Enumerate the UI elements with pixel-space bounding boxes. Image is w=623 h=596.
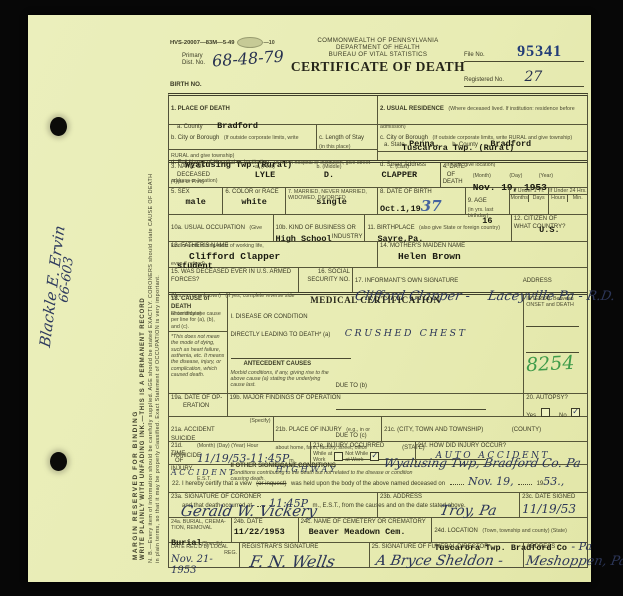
injury-time-label-2: OF (175, 458, 197, 466)
date-received-value: Nov. 21-1953 (171, 554, 237, 576)
section-cause-of-death: 18. CAUSE of DEATH Enter only one cause … (169, 295, 228, 393)
row-parents: 13. FATHER'S NAME Clifford Clapper 14. M… (169, 242, 587, 268)
certificate-paper: Blackle E. Ervin 66-603 MARGIN RESERVED … (28, 15, 591, 582)
section-citizen: 12. CITIZEN OF WHAT COUNTRY? U.S. (512, 215, 587, 241)
section-date-received: DATE REC'D by LOCAL REG. Nov. 21-1953 (169, 543, 240, 567)
section-age: 9. AGE (in yrs. last birthday) 16 If Und… (466, 188, 587, 214)
accident-label-1: 21a. ACCIDENT (171, 427, 215, 433)
section-sex: 5. SEX male (169, 188, 223, 214)
hours-label: Hours (549, 195, 569, 201)
punch-hole-top (50, 117, 67, 136)
while-at-work-checkbox (334, 452, 343, 461)
under-24hr-label: If Under 24 Hrs. (549, 188, 587, 195)
row-accident: 21a. ACCIDENT (Specify) SUICIDE HOMICIDE… (169, 417, 587, 442)
injury-time-sublabels: (Month) (Day) (Year) Hour (197, 443, 308, 449)
oval-stamp-icon (237, 37, 263, 48)
section-date-of-death: 4. DATE OF DEATH (Month) (Day) (Year) No… (441, 163, 587, 187)
agency-line1: COMMONWEALTH OF PENNSYLVANIA (283, 37, 473, 44)
section-color-race: 6. COLOR or RACE white (223, 188, 286, 214)
not-while-at-work-label: Not Whileat Work (345, 451, 368, 464)
operation-findings-label: 19b. MAJOR FINDINGS OF OPERATION (230, 395, 522, 403)
row-name-dod: 3. NAME OF DECEASED (Type or Print) a. (… (169, 163, 587, 188)
row-place-residence: 1. PLACE OF DEATH a. County Bradford b. … (169, 96, 587, 163)
section-birthplace: 11. BIRTHPLACE (also give State or forei… (365, 215, 511, 241)
section-name-of-deceased: 3. NAME OF DECEASED (Type or Print) a. (… (169, 163, 441, 187)
name-label-1: 3. NAME OF (171, 164, 233, 172)
section-occupation: 10a. USUAL OCCUPATION (Give kind of work… (169, 215, 274, 241)
autopsy-yes-checkbox (541, 408, 550, 417)
cause-of-death-note: Enter only one cause per line for (a), (… (171, 311, 225, 330)
autopsy-label: 20. AUTOPSY? (526, 395, 585, 403)
section-injury-occurred: 21e. INJURY OCCURRED While atWork Not Wh… (311, 442, 416, 464)
primary-district-label: Primary Dist. No. (182, 53, 208, 68)
section-cemetery: 24c. NAME OF CEMETERY OR CREMATORY Beave… (299, 518, 433, 542)
section-mother: 14. MOTHER'S MAIDEN NAME Helen Brown (378, 242, 587, 267)
section-place-of-death: 1. PLACE OF DEATH a. County Bradford b. … (169, 96, 378, 160)
informant-address-label: ADDRESS (523, 278, 552, 284)
middle-name-value: D. (297, 170, 361, 180)
section-accident-type: 21a. ACCIDENT (Specify) SUICIDE HOMICIDE… (169, 417, 274, 441)
margin-note-permanent-record: WRITE PLAINLY WITH UNFADING INK.—THIS IS… (140, 297, 146, 560)
how-injury-value: Auto Accident (436, 451, 585, 461)
mother-label: 14. MOTHER'S MAIDEN NAME (380, 243, 585, 251)
row-demographics: 5. SEX male 6. COLOR or RACE white 7. MA… (169, 188, 587, 215)
while-at-work-1: While at (313, 451, 332, 457)
burial-label-2: TION, REMOVAL (171, 525, 229, 531)
while-at-work-label: While atWork (313, 451, 332, 464)
funeral-director-address-value: Meshoppen, Pa (525, 554, 623, 569)
registered-no-value: 27 (524, 69, 542, 85)
burial-date-value: 11/22/1953 (234, 527, 296, 537)
date-signed-label: 23c. DATE SIGNED (522, 494, 585, 502)
dod-label-1: 4. DATE (443, 164, 473, 172)
registered-number-row: Registered No. 27 (464, 68, 584, 87)
section-industry: 10b. KIND OF BUSINESS OR INDUSTRY High S… (274, 215, 366, 241)
margin-note-nb-1: N. B.—Every item of information should b… (148, 174, 154, 563)
cemetery-label: 24c. NAME OF CEMETERY OR CREMATORY (301, 519, 430, 527)
margin-note-binding: MARGIN RESERVED FOR BINDING (132, 410, 139, 560)
row-injury-time: 21d. TIME OF INJURY (Month) (Day) (Year)… (169, 442, 587, 465)
dod-month-label: (Month) (473, 173, 491, 179)
father-value: Clifford Clapper (189, 251, 375, 262)
length-of-stay-note: (in this place) (319, 144, 375, 150)
row-medical-certification: 18. CAUSE of DEATH Enter only one cause … (169, 295, 587, 394)
color-race-label: 6. COLOR or RACE (225, 189, 283, 197)
section-armed-forces: 15. WAS DECEASED EVER IN U.S. ARMED FORC… (169, 268, 299, 292)
medical-certification-title: MEDICAL CERTIFICATION (228, 295, 524, 305)
section-time-of-injury: 21d. TIME OF INJURY (Month) (Day) (Year)… (169, 442, 311, 464)
date-signed-value: 11/19/53 (522, 502, 585, 516)
citizen-label-1: 12. CITIZEN OF (514, 216, 585, 224)
stamp-suffix: —10 (263, 40, 274, 46)
registrar-signature-label: REGISTRAR'S SIGNATURE (242, 544, 367, 552)
green-code-number: 8254 (526, 351, 575, 376)
industry-label-2: INDUSTRY (332, 234, 363, 242)
section-funeral-director-address: ADDRESS Meshoppen, Pa (524, 543, 587, 567)
section-how-injury: 21f. HOW DID INJURY OCCUR? Auto Accident (416, 442, 587, 464)
length-of-stay-label: c. Length of Stay (319, 135, 364, 141)
birthplace-label: 11. BIRTHPLACE (367, 225, 414, 231)
section-injury-location: 21c. (CITY, TOWN AND TOWNSHIP) (COUNTY) … (382, 417, 587, 441)
burial-location-note: (Town, township and county) (State) (482, 528, 567, 534)
injury-time-label-1: 21d. TIME (171, 443, 197, 458)
due-to-b-label: DUE TO (b) (336, 383, 367, 389)
funeral-director-signature: A Bryce Sheldon - (374, 553, 504, 569)
section-registrar-signature: REGISTRAR'S SIGNATURE F. N. Wells (240, 543, 370, 567)
section-burial-date: 24b. DATE 11/22/1953 (232, 518, 299, 542)
section-medical-certification: MEDICAL CERTIFICATION I. DISEASE OR COND… (228, 295, 525, 393)
agency-line3: BUREAU OF VITAL STATISTICS (283, 51, 473, 58)
section-operation-findings: 19b. MAJOR FINDINGS OF OPERATION (228, 394, 525, 416)
section-coroner-address: 23b. ADDRESS Troy, Pa (378, 493, 520, 517)
registered-no-label: Registered No. (464, 77, 504, 83)
form-number: HVS-20007—83M—5-49—10 (170, 37, 275, 48)
primary-district-value: 68-48-79 (211, 47, 284, 71)
injury-city-label: 21c. (CITY, TOWN AND TOWNSHIP) (384, 427, 483, 433)
residence-title: 2. USUAL RESIDENCE (380, 106, 444, 112)
form-grid: 1. PLACE OF DEATH a. County Bradford b. … (168, 93, 588, 568)
operation-date-label-2: ERATION (183, 403, 225, 411)
while-at-work-2: Work (313, 457, 325, 463)
section-coroner-signature: 23a. SIGNATURE OF CORONER Gerald W. Vick… (169, 493, 378, 517)
coroner-address-value: Troy, Pa (439, 503, 498, 519)
place-of-death-title: 1. PLACE OF DEATH (171, 106, 230, 112)
injury-county-label: (COUNTY) (512, 427, 541, 433)
form-header: HVS-20007—83M—5-49—10 Primary Dist. No.6… (168, 35, 588, 93)
section-burial-type: 24a. BURIAL, CREMA- TION, REMOVAL Burial… (169, 518, 232, 542)
section-father: 13. FATHER'S NAME Clifford Clapper (169, 242, 378, 267)
section-date-of-operation: 19a. DATE OF OP- ERATION (169, 394, 228, 416)
cause-of-death-label: 18. CAUSE of DEATH (171, 296, 225, 311)
section-burial-location: 24d. LOCATION (Town, township and county… (432, 518, 587, 542)
dod-day-label: (Day) (509, 173, 522, 179)
file-number-block: File No. 95341 Registered No. 27 (464, 43, 584, 87)
agency-line2: DEPARTMENT OF HEALTH (283, 44, 473, 51)
sex-value: male (171, 197, 220, 207)
first-name-value: LYLE (233, 170, 297, 180)
residence-city-label: c. City or Borough (380, 135, 428, 141)
not-while-1: Not While (345, 451, 368, 457)
file-no-value: 95341 (517, 43, 562, 60)
file-no-label: File No. (464, 52, 485, 58)
row-occupation: 10a. USUAL OCCUPATION (Give kind of work… (169, 215, 587, 242)
residence-city-note: (If outside corporate limits, write RURA… (432, 135, 572, 141)
not-while-2: at Work (345, 457, 363, 463)
dod-label-2: OF (447, 172, 473, 180)
coroner-signature-value: Gerald W. Vickery (179, 502, 318, 520)
punch-hole-bottom (50, 452, 67, 471)
operation-date-label-1: 19a. DATE OF OP- (171, 395, 225, 403)
color-race-value: white (225, 197, 283, 207)
sex-label: 5. SEX (171, 189, 220, 197)
name-label-3: (Type or Print) (171, 179, 233, 185)
certificate-title: CERTIFICATE OF DEATH (283, 59, 473, 75)
section-dob: 8. DATE OF BIRTH Oct.1,1937 (378, 188, 466, 214)
ssn-label: 16. SOCIAL SECURITY NO. (301, 269, 350, 284)
section-marital: 7. MARRIED, NEVER MARRIED, WIDOWED, DIVO… (286, 188, 378, 214)
margin-note-nb-2: in plain terms, so that it may be proper… (155, 275, 161, 563)
interval-label-2: ONSET and DEATH (526, 302, 585, 308)
row-informant: 15. WAS DECEASED EVER IN U.S. ARMED FORC… (169, 268, 587, 295)
burial-location-label: 24d. LOCATION (434, 528, 478, 534)
section-interval: INTERVAL Between ONSET and DEATH 8254 (524, 295, 587, 393)
last-name-value: CLAPPER (361, 170, 438, 180)
disease-blank (231, 349, 351, 359)
injury-time-label-3: INJURY (171, 466, 197, 474)
row-burial: 24a. BURIAL, CREMA- TION, REMOVAL Burial… (169, 518, 587, 543)
birth-no-label: BIRTH NO. (170, 81, 202, 88)
cemetery-value: Beaver Meadown Cem. (309, 527, 430, 537)
cause-of-death-footnote: *This does not mean the mode of dying, s… (169, 332, 227, 380)
dod-sublabels: (Month) (Day) (Year) (473, 164, 585, 182)
interval-blank-a (526, 317, 579, 327)
place-city-label: b. City or Borough (171, 135, 219, 141)
funeral-director-label: 25. SIGNATURE OF FUNERAL DIRECTOR (372, 544, 522, 552)
min-label: Min. (568, 195, 587, 201)
industry-label-1: 10b. KIND OF BUSINESS OR (276, 225, 356, 231)
agency-block: COMMONWEALTH OF PENNSYLVANIA DEPARTMENT … (283, 37, 473, 75)
certificate-form: HVS-20007—83M—5-49—10 Primary Dist. No.6… (168, 35, 588, 568)
informant-label: 17. INFORMANT'S OWN SIGNATURE (355, 278, 458, 284)
name-label-2: DECEASED (177, 172, 233, 180)
dod-year-label: (Year) (539, 173, 553, 179)
burial-date-label: 24b. DATE (234, 519, 296, 527)
section-funeral-director: 25. SIGNATURE OF FUNERAL DIRECTOR A Bryc… (370, 543, 525, 567)
how-injury-label: 21f. HOW DID INJURY OCCUR? (418, 443, 585, 451)
autopsy-no-checkbox: ✓ (571, 408, 580, 417)
antecedent-causes-label: ANTECEDENT CAUSES (228, 359, 524, 369)
section-place-of-injury: 21b. PLACE OF INJURY (e.g., in or about … (274, 417, 383, 441)
funeral-director-address-label: ADDRESS (526, 544, 585, 552)
injury-time-value: 11/19/53-11:45P (197, 452, 289, 465)
section-ssn: 16. SOCIAL SECURITY NO. (299, 268, 353, 292)
certify-year-handwritten: 53., (543, 475, 564, 488)
months-label: Months (510, 195, 530, 201)
row-registrar: DATE REC'D by LOCAL REG. Nov. 21-1953 RE… (169, 543, 587, 567)
disease-label-1: I. DISEASE OR CONDITION (231, 314, 308, 320)
dob-label: 8. DATE OF BIRTH (380, 189, 463, 197)
form-number-text: HVS-20007—83M—5-49 (170, 40, 234, 46)
injury-occurred-label: 21e. INJURY OCCURRED (313, 443, 413, 451)
dob-stamped-year: 37 (421, 197, 442, 215)
primary-district: Primary Dist. No.68-48-79 (182, 49, 284, 69)
days-label: Days (529, 195, 548, 201)
row-coroner: 23a. SIGNATURE OF CORONER Gerald W. Vick… (169, 493, 587, 518)
section-date-signed: 23c. DATE SIGNED 11/19/53 (520, 493, 587, 517)
occupation-label: 10a. USUAL OCCUPATION (171, 225, 245, 231)
coroner-address-label: 23b. ADDRESS (380, 494, 517, 502)
under-1yr-label: If Under 1 Yr. (510, 188, 548, 195)
coroner-signature-label: 23a. SIGNATURE OF CORONER (171, 494, 375, 502)
accident-note: (Specify) (250, 418, 271, 424)
row-operation: 19a. DATE OF OP- ERATION 19b. MAJOR FIND… (169, 394, 587, 417)
age-label: 9. AGE (468, 198, 487, 204)
armed-forces-label: 15. WAS DECEASED EVER IN U.S. ARMED FORC… (171, 269, 296, 284)
section-autopsy: 20. AUTOPSY? Yes No ✓ (524, 394, 587, 416)
file-number-row: File No. 95341 (464, 43, 584, 62)
dod-label-3: DEATH (443, 179, 473, 187)
not-while-at-work-checkbox: ✓ (370, 452, 379, 461)
margin-handwritten-annotation: Blackle E. Ervin 66-603 (36, 224, 80, 352)
disease-value: Crushed Chest (345, 328, 468, 339)
section-usual-residence: 2. USUAL RESIDENCE (Where deceased lived… (378, 96, 587, 160)
dob-typed-value: Oct.1,19 (380, 204, 421, 214)
birthplace-note: (also give State or foreign country) (419, 225, 500, 231)
injury-place-label: 21b. PLACE OF INJURY (276, 427, 342, 433)
section-informant: 17. INFORMANT'S OWN SIGNATURE ADDRESS Cl… (353, 268, 587, 292)
registrar-signature-value: F. N. Wells (248, 552, 336, 571)
disease-label-2: DIRECTLY LEADING TO DEATH* (a) (231, 332, 331, 338)
father-label: 13. FATHER'S NAME (171, 243, 375, 251)
mother-value: Helen Brown (398, 251, 585, 262)
